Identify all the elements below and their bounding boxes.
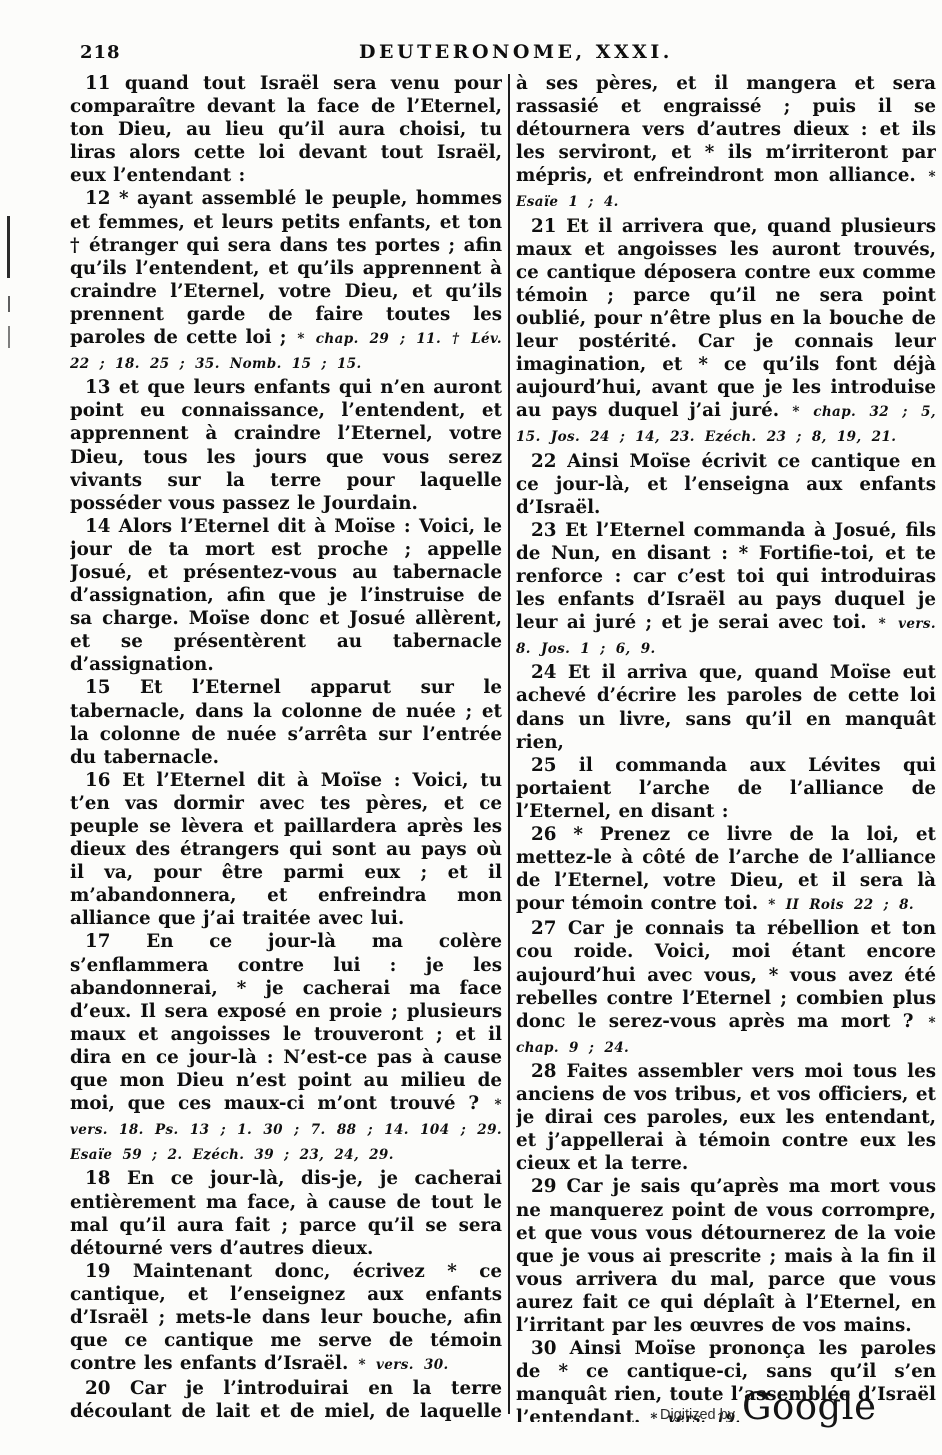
verse-paragraph: 28 Faites assembler vers moi tous les an… xyxy=(516,1060,936,1175)
verse-number: 23 xyxy=(531,520,565,541)
verse-paragraph: 15 Et l’Eternel apparut sur le tabernacl… xyxy=(70,676,502,768)
verse-number: 20 xyxy=(85,1378,130,1399)
verse-paragraph: 29 Car je sais qu’après ma mort vous ne … xyxy=(516,1175,936,1337)
verse-number: 24 xyxy=(531,662,568,683)
verse-number: 29 xyxy=(531,1176,566,1197)
verse-paragraph: 13 et que leurs enfants qui n’en auront … xyxy=(70,376,502,515)
verse-paragraph: 14 Alors l’Eternel dit à Moïse : Voici, … xyxy=(70,515,502,677)
verse-number: 21 xyxy=(531,216,566,237)
verse-paragraph: 20 Car je l’introduirai en la terre déco… xyxy=(70,1377,502,1422)
scan-edge-artifact xyxy=(7,216,10,278)
right-text-column: à ses pères, et il mangera et sera rassa… xyxy=(516,72,936,1422)
verse-number: 25 xyxy=(531,755,579,776)
verse-text: quand tout Israël sera venu pour compara… xyxy=(70,73,502,186)
column-divider-rule xyxy=(508,74,510,1414)
text-columns: 11 quand tout Israël sera venu pour comp… xyxy=(70,72,936,1422)
digitization-footer: Digitized by Google xyxy=(660,1392,876,1423)
scan-edge-artifact xyxy=(8,296,10,312)
verse-text: Car je sais qu’après ma mort vous ne man… xyxy=(516,1176,936,1336)
verse-text: Car je l’introduirai en la terre découla… xyxy=(70,1378,502,1422)
running-header-title: DEUTERONOME, XXXI. xyxy=(90,41,942,63)
scan-edge-artifact xyxy=(8,326,10,348)
verse-paragraph: 24 Et il arriva que, quand Moïse eut ach… xyxy=(516,661,936,753)
verse-paragraph: 25 il commanda aux Lévites qui portaient… xyxy=(516,754,936,823)
verse-text: Car je connais ta rébellion et ton cou r… xyxy=(516,918,936,1031)
verse-number: 30 xyxy=(531,1338,570,1359)
digitized-by-label: Digitized by xyxy=(660,1407,735,1423)
verse-number: 19 xyxy=(85,1261,133,1282)
verse-paragraph: 11 quand tout Israël sera venu pour comp… xyxy=(70,72,502,187)
verse-text: et que leurs enfants qui n’en auront poi… xyxy=(70,377,502,513)
verse-number: 17 xyxy=(85,931,146,952)
verse-paragraph: 17 En ce jour-là ma colère s’enflammera … xyxy=(70,930,502,1167)
verse-number: 27 xyxy=(531,918,568,939)
verse-number: 12 xyxy=(85,188,119,209)
verse-number: 11 xyxy=(85,73,125,94)
verse-number: 13 xyxy=(85,377,119,398)
verse-text: Alors l’Eternel dit à Moïse : Voici, le … xyxy=(70,516,502,676)
verse-number: 15 xyxy=(85,677,140,698)
cross-reference: * II Rois 22 ; 8. xyxy=(758,897,914,913)
scanned-book-page: 218 DEUTERONOME, XXXI. 11 quand tout Isr… xyxy=(0,0,942,1455)
verse-number: 28 xyxy=(531,1061,567,1082)
verse-paragraph: 16 Et l’Eternel dit à Moïse : Voici, tu … xyxy=(70,769,502,931)
verse-number: 26 xyxy=(531,824,573,845)
verse-text: Et l’Eternel dit à Moïse : Voici, tu t’e… xyxy=(70,770,502,930)
google-logo: Google xyxy=(742,1392,877,1422)
verse-text: Ainsi Moïse écrivit ce cantique en ce jo… xyxy=(516,451,936,518)
verse-paragraph: 23 Et l’Eternel commanda à Josué, fils d… xyxy=(516,519,936,662)
verse-text: En ce jour-là, dis-je, je cacherai entiè… xyxy=(70,1168,502,1258)
left-text-column: 11 quand tout Israël sera venu pour comp… xyxy=(70,72,502,1422)
cross-reference: * vers. 30. xyxy=(348,1357,448,1373)
verse-paragraph: 21 Et il arrivera que, quand plusieurs m… xyxy=(516,215,936,450)
verse-text: Faites assembler vers moi tous les ancie… xyxy=(516,1061,936,1174)
verse-text: En ce jour-là ma colère s’enflammera con… xyxy=(70,931,502,1114)
verse-text: Et il arrivera que, quand plusieurs maux… xyxy=(516,216,936,422)
verse-number: 18 xyxy=(85,1168,127,1189)
verse-number: 14 xyxy=(85,516,119,537)
verse-paragraph: 26 * Prenez ce livre de la loi, et mette… xyxy=(516,823,936,917)
verse-paragraph: 12 * ayant assemblé le peuple, hommes et… xyxy=(70,187,502,376)
verse-text: * ayant assemblé le peuple, hommes et fe… xyxy=(70,188,502,348)
verse-paragraph: 18 En ce jour-là, dis-je, je cacherai en… xyxy=(70,1167,502,1259)
verse-paragraph: à ses pères, et il mangera et sera rassa… xyxy=(516,72,936,215)
verse-number: 16 xyxy=(85,770,122,791)
verse-text: à ses pères, et il mangera et sera rassa… xyxy=(516,73,936,186)
verse-paragraph: 27 Car je connais ta rébellion et ton co… xyxy=(516,917,936,1060)
verse-paragraph: 19 Maintenant donc, écrivez * ce cantiqu… xyxy=(70,1260,502,1377)
verse-text: il commanda aux Lévites qui portaient l’… xyxy=(516,755,936,822)
verse-text: Et il arriva que, quand Moïse eut achevé… xyxy=(516,662,936,752)
verse-paragraph: 22 Ainsi Moïse écrivit ce cantique en ce… xyxy=(516,450,936,519)
verse-number: 22 xyxy=(531,451,567,472)
